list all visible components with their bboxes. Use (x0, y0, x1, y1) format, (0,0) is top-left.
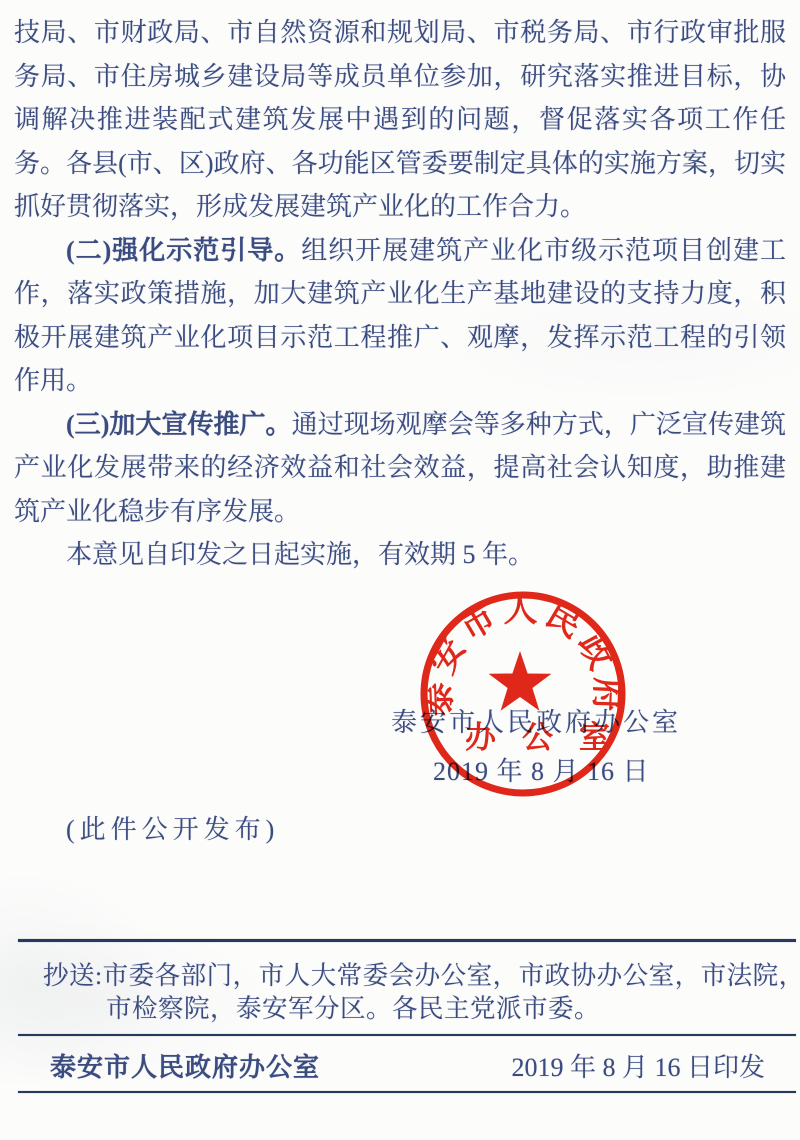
document-page: 技局、市财政局、市自然资源和规划局、市税务局、市行政审批服务局、市住房城乡建设局… (0, 0, 800, 1140)
footer-print-date: 2019 年 8 月 16 日印发 (511, 1047, 765, 1084)
public-release-note: (此件公开发布) (66, 809, 279, 846)
paragraph-validity: 本意见自印发之日起实施，有效期 5 年。 (14, 533, 786, 577)
paragraph-continuation: 技局、市财政局、市自然资源和规划局、市税务局、市行政审批服务局、市住房城乡建设局… (14, 11, 786, 229)
section-heading: (三)加大宣传推广。 (66, 410, 292, 439)
cc-list-line-1: 抄送:市委各部门，市人大常委会办公室，市政协办公室，市法院， (43, 956, 800, 992)
footer-issuing-office: 泰安市人民政府办公室 (50, 1047, 320, 1084)
official-seal: 泰安市人民政府 办公室 (417, 588, 629, 800)
section-heading: (二)强化示范引导。 (66, 236, 301, 265)
paragraph-text: 本意见自印发之日起实施，有效期 5 年。 (66, 540, 534, 569)
divider-middle (18, 1034, 796, 1036)
paragraph-section-2: (二)强化示范引导。组织开展建筑产业化市级示范项目创建工作，落实政策措施，加大建… (14, 229, 786, 403)
paragraph-text: 技局、市财政局、市自然资源和规划局、市税务局、市行政审批服务局、市住房城乡建设局… (14, 18, 786, 221)
star-icon (489, 651, 552, 711)
divider-bottom (18, 1091, 796, 1093)
cc-list-line-2: 市检察院，泰安军分区。各民主党派市委。 (106, 989, 600, 1025)
seal-bottom-text: 办公室 (465, 720, 629, 755)
document-body: 技局、市财政局、市自然资源和规划局、市税务局、市行政审批服务局、市住房城乡建设局… (14, 11, 786, 577)
paragraph-section-3: (三)加大宣传推广。通过现场观摩会等多种方式，广泛宣传建筑产业化发展带来的经济效… (14, 403, 786, 534)
divider-top (18, 939, 796, 942)
